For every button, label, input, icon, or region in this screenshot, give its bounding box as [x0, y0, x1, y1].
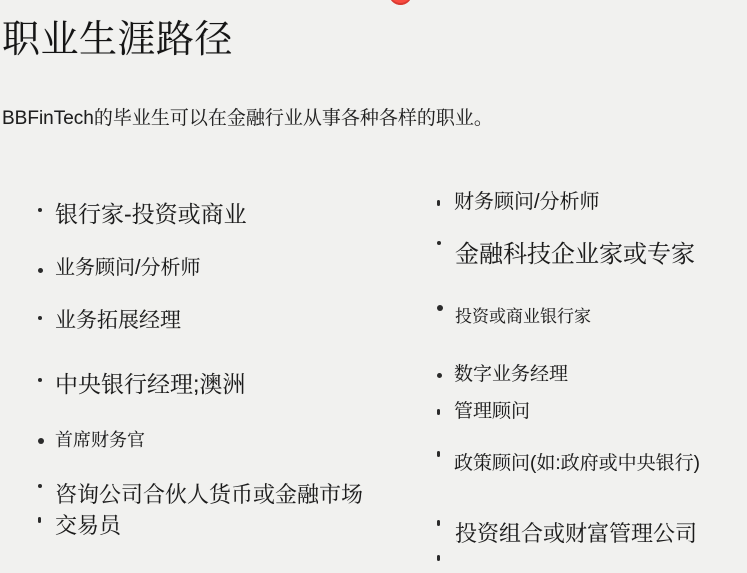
bullet-icon: [38, 208, 42, 212]
bullet-icon: [437, 241, 441, 245]
bullet-icon: [38, 438, 44, 444]
career-item-label: 管理顾问: [454, 401, 530, 422]
list-item: 投资或商业银行家: [437, 307, 591, 327]
record-indicator-icon: [389, 0, 412, 5]
bullet-icon: [437, 305, 443, 311]
bullet-icon: [437, 200, 440, 206]
career-item-label: 政策顾问(如:政府或中央银行): [454, 453, 700, 474]
list-item: 咨询公司合伙人货币或金融市场: [38, 482, 363, 507]
career-item-label: 咨询公司合伙人货币或金融市场: [55, 482, 363, 507]
bullet-icon: [437, 409, 440, 415]
list-item: 管理顾问: [437, 401, 530, 423]
career-item-label: 业务拓展经理: [55, 309, 181, 332]
list-item: 政策顾问(如:政府或中央银行): [437, 453, 700, 475]
list-item: 投资组合或财富管理公司: [437, 521, 697, 546]
list-item: 财务顾问/分析师: [437, 191, 600, 214]
list-item: 中央银行经理;澳洲: [38, 371, 245, 397]
list-item: 数字业务经理: [437, 364, 568, 386]
bullet-icon: [38, 378, 42, 382]
career-item-label: 中央银行经理;澳洲: [55, 371, 245, 397]
page-subtitle: BBFinTech的毕业生可以在金融行业从事各种各样的职业。: [2, 103, 493, 130]
list-item: 交易员: [38, 513, 121, 538]
bullet-icon: [437, 520, 440, 526]
career-item-label: 金融科技企业家或专家: [455, 241, 695, 268]
career-item-label: 数字业务经理: [454, 364, 568, 385]
bullet-icon: [437, 373, 442, 378]
list-item: 业务拓展经理: [38, 309, 181, 333]
bullet-icon: [38, 268, 43, 273]
bullet-icon: [38, 517, 41, 523]
list-item: 首席财务官: [38, 430, 145, 451]
list-item: 银行家-投资或商业: [38, 201, 247, 227]
list-item: 业务顾问/分析师: [38, 257, 201, 280]
list-item: 金融科技企业家或专家: [437, 241, 695, 269]
career-item-label: 交易员: [55, 513, 121, 538]
career-item-label: 投资或商业银行家: [455, 307, 591, 326]
career-item-label: 投资组合或财富管理公司: [455, 521, 697, 546]
career-item-label: 财务顾问/分析师: [454, 191, 600, 213]
career-item-label: 业务顾问/分析师: [55, 257, 201, 279]
bullet-icon: [38, 316, 42, 320]
career-paths-slide: 职业生涯路径 BBFinTech的毕业生可以在金融行业从事各种各样的职业。 银行…: [0, 0, 747, 573]
career-item-label: 银行家-投资或商业: [55, 201, 247, 227]
bullet-icon: [437, 451, 440, 457]
bullet-icon: [437, 555, 440, 561]
bullet-icon: [38, 484, 42, 488]
page-title: 职业生涯路径: [2, 8, 233, 63]
career-item-label: 首席财务官: [55, 430, 145, 450]
